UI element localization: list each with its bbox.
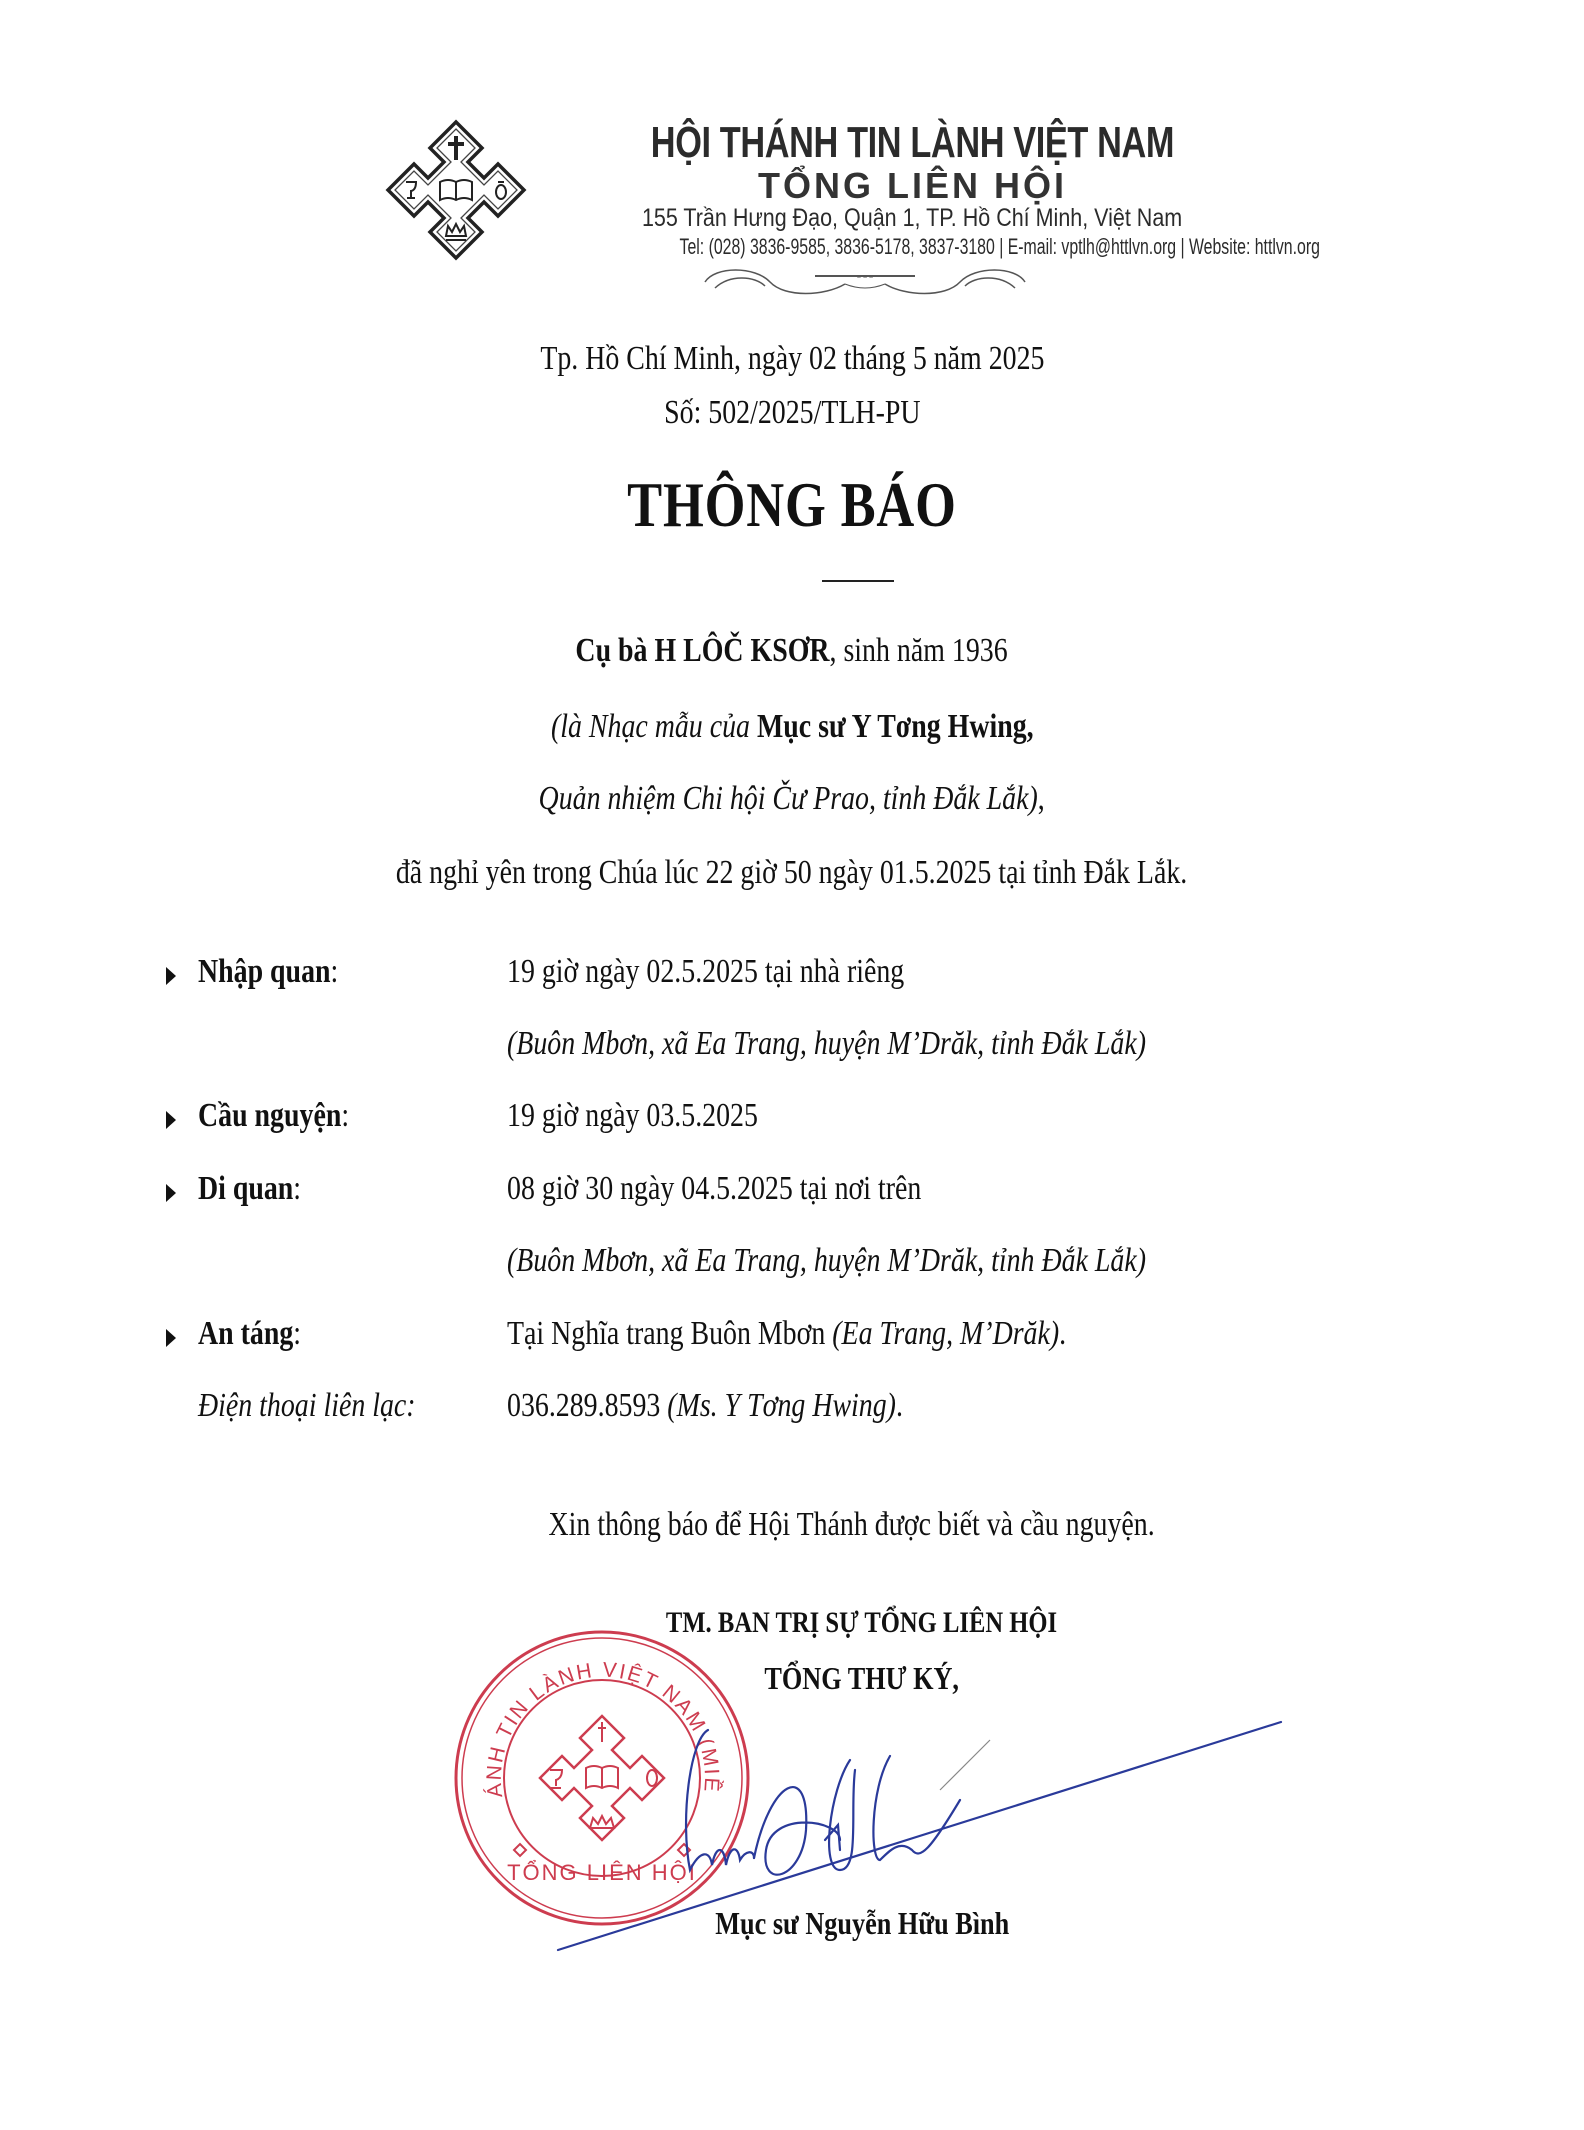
document-date: Tp. Hồ Chí Minh, ngày 02 tháng 5 năm 202…: [0, 340, 1584, 378]
triangle-bullet-icon: [166, 1111, 176, 1129]
detail-value: Tại Nghĩa trang Buôn Mbơn (Ea Trang, M’D…: [507, 1315, 1066, 1353]
letterhead-org-sub: TỔNG LIÊN HỘI: [555, 165, 1270, 207]
detail-value: 19 giờ ngày 03.5.2025: [507, 1097, 758, 1135]
signature-role: TỔNG THƯ KÝ,: [70, 1660, 1584, 1697]
passing-line: đã nghỉ yên trong Chúa lúc 22 giờ 50 ngà…: [0, 854, 1584, 892]
page-title: THÔNG BÁO: [0, 468, 1584, 542]
relation-role-line: Quản nhiệm Chi hội Čư Prao, tỉnh Đắk Lắk…: [0, 780, 1584, 818]
detail-value: 08 giờ 30 ngày 04.5.2025 tại nơi trên: [507, 1170, 921, 1208]
detail-label: Nhập quan:: [198, 953, 338, 991]
signatory-name: Mục sư Nguyễn Hữu Bình: [70, 1905, 1584, 1942]
flourish-divider-icon: ~ ~ ~: [695, 262, 1035, 302]
letterhead-org-name: HỘI THÁNH TIN LÀNH VIỆT NAM: [555, 118, 1270, 168]
detail-value-note: (Buôn Mbơn, xã Ea Trang, huyện M’Drăk, t…: [507, 1025, 1146, 1063]
phone-value: 036.289.8593 (Ms. Y Tơng Hwing).: [507, 1387, 903, 1425]
title-divider: [822, 580, 894, 582]
detail-row-di-quan: Di quan: 08 giờ 30 ngày 04.5.2025 tại nơ…: [0, 1170, 1584, 1216]
detail-label: Cầu nguyện:: [198, 1097, 349, 1135]
triangle-bullet-icon: [166, 1329, 176, 1347]
phone-label: Điện thoại liên lạc:: [198, 1387, 416, 1425]
cross-emblem-icon: [384, 118, 528, 262]
detail-value-note: (Buôn Mbơn, xã Ea Trang, huyện M’Drăk, t…: [507, 1242, 1146, 1280]
relation-role-punct: ,: [1038, 780, 1045, 817]
detail-row-di-quan-note: (Buôn Mbơn, xã Ea Trang, huyện M’Drăk, t…: [0, 1242, 1584, 1288]
detail-row-nhap-quan: Nhập quan: 19 giờ ngày 02.5.2025 tại nhà…: [0, 953, 1584, 999]
letterhead-address: 155 Trần Hưng Đạo, Quận 1, TP. Hồ Chí Mi…: [555, 204, 1270, 233]
detail-label: An táng:: [198, 1315, 301, 1353]
relation-prefix: (là Nhạc mẫu của: [551, 708, 757, 745]
signature-org: TM. BAN TRỊ SỰ TỔNG LIÊN HỘI: [70, 1606, 1584, 1640]
letterhead-contact: Tel: (028) 3836-9585, 3836-5178, 3837-31…: [555, 234, 1270, 260]
triangle-bullet-icon: [166, 967, 176, 985]
document-number: Số: 502/2025/TLH-PU: [0, 394, 1584, 432]
deceased-line: Cụ bà H LÔČ KSƠR, sinh năm 1936: [0, 632, 1584, 670]
closing-line: Xin thông báo để Hội Thánh được biết và …: [60, 1506, 1584, 1544]
detail-row-phone: Điện thoại liên lạc: 036.289.8593 (Ms. Y…: [0, 1387, 1584, 1433]
svg-text:~ ~ ~: ~ ~ ~: [857, 275, 873, 282]
relation-line: (là Nhạc mẫu của Mục sư Y Tơng Hwing,: [0, 708, 1584, 746]
deceased-name: Cụ bà H LÔČ KSƠR: [576, 632, 830, 669]
detail-row-nhap-quan-note: (Buôn Mbơn, xã Ea Trang, huyện M’Drăk, t…: [0, 1025, 1584, 1071]
detail-value: 19 giờ ngày 02.5.2025 tại nhà riêng: [507, 953, 904, 991]
detail-label: Di quan:: [198, 1170, 301, 1208]
detail-row-an-tang: An táng: Tại Nghĩa trang Buôn Mbơn (Ea T…: [0, 1315, 1584, 1361]
triangle-bullet-icon: [166, 1184, 176, 1202]
birth-year: , sinh năm 1936: [830, 632, 1008, 669]
relation-role: Quản nhiệm Chi hội Čư Prao, tỉnh Đắk Lắk…: [539, 780, 1038, 817]
detail-row-cau-nguyen: Cầu nguyện: 19 giờ ngày 03.5.2025: [0, 1097, 1584, 1143]
relation-person: Mục sư Y Tơng Hwing,: [757, 708, 1034, 745]
